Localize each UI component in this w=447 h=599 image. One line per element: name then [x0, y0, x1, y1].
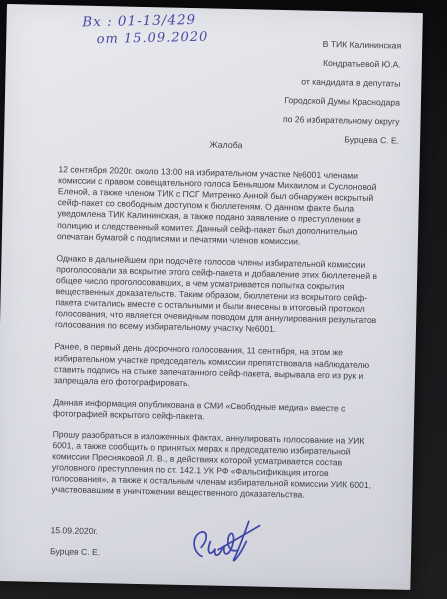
- registration-date: от 15.09.2020: [96, 29, 208, 48]
- recipient-line: Кондратьевой Ю.А.: [284, 53, 401, 75]
- handwritten-registration-note: Вх : 01-13/429 от 15.09.2020: [82, 12, 208, 49]
- recipient-line: Городской Думы Краснодара: [283, 91, 400, 113]
- complaint-document-paper: Вх : 01-13/429 от 15.09.2020 В ТИК Калин…: [0, 4, 423, 590]
- signoff-block: 15.09.2020г. Бурцев С. Е.: [50, 525, 385, 564]
- recipient-line: от кандидата в депутаты: [284, 72, 401, 94]
- recipient-line: по 26 избирательному округу: [283, 110, 400, 132]
- recipient-block: В ТИК Калининская Кондратьевой Ю.А. от к…: [282, 34, 401, 151]
- signature-icon: [188, 514, 267, 574]
- paragraph: Прошу разобраться в изложенных фактах, а…: [51, 429, 386, 503]
- paragraph: Ранее, в первый день досрочного голосова…: [54, 342, 389, 394]
- photo-background: Вх : 01-13/429 от 15.09.2020 В ТИК Калин…: [0, 0, 447, 599]
- paragraph: Данная информация опубликована в СМИ «Св…: [53, 397, 387, 426]
- paragraph: 12 сентября 2020г. около 13:00 на избира…: [57, 164, 393, 249]
- recipient-line: В ТИК Калининская: [284, 34, 401, 56]
- document-body: Жалоба 12 сентября 2020г. около 13:00 на…: [50, 136, 393, 564]
- paragraph: Однако в дальнейшем при подсчёте голосов…: [55, 253, 391, 338]
